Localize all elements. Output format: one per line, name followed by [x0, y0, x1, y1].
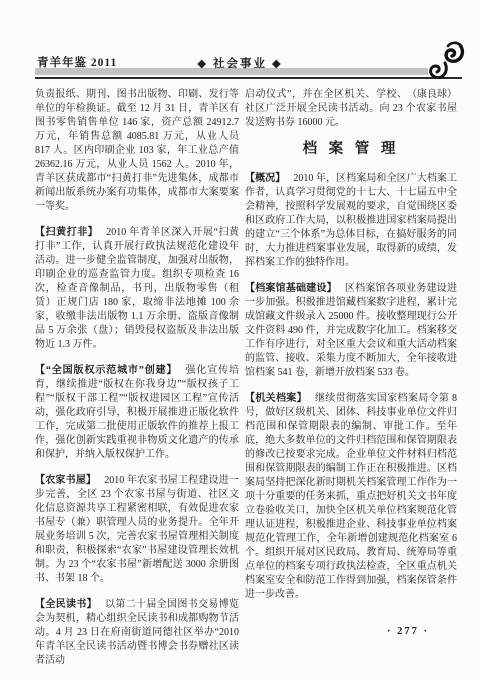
entry-archive-infrastructure: 【档案馆基础建设】区档案馆各项业务建设进一步加强。积极推进馆藏档案数字进程，累计… [245, 282, 457, 380]
entry-text: 继续贯彻落实国家档案局令第 8 号，做好区级机关、团体、科技事业单位文件归档范围… [245, 393, 457, 600]
entry-label: 【全民读书】 [35, 599, 97, 610]
entry-label: 【农家书屋】 [35, 475, 96, 486]
section-heading-archives: 档 案 管 理 [245, 142, 457, 156]
left-column: 负责报纸、期刊、图书出版物、印刷、发行等单位的年检换证。截至 12 月 31 日… [35, 88, 239, 668]
paragraph-text: 负责报纸、期刊、图书出版物、印刷、发行等单位的年检换证。截至 12 月 31 日… [35, 89, 239, 212]
paragraph-continuation-reading: （康良球） 启动仪式”，并在全区机关、学校、社区广泛开展全民读书活动。向 23 … [245, 88, 457, 130]
paragraph-continuation-press: 负责报纸、期刊、图书出版物、印刷、发行等单位的年检换证。截至 12 月 31 日… [35, 88, 239, 214]
entry-text: 2010 年，区档案局和全区广大档案工作者，认真学习贯彻党的十七大、十七届五中全… [245, 173, 457, 268]
page-number: · 277 · [245, 626, 457, 637]
entry-overview: 【概况】2010 年，区档案局和全区广大档案工作者，认真学习贯彻党的十七大、十七… [245, 172, 457, 270]
entry-label: 【档案馆基础建设】 [245, 283, 337, 294]
entry-text: 2010 年农家书屋工程建设进一步完善，全区 23 个农家书屋与街道、社区文化信… [35, 475, 239, 584]
entry-text: 区档案馆各项业务建设进一步加强。积极推进馆藏档案数字进程，累计完成馆藏文件级录入… [245, 283, 457, 378]
entry-label: 【扫黄打非】 [35, 227, 98, 238]
entry-label: 【概况】 [245, 173, 285, 184]
header-rule-line [35, 77, 462, 79]
author-signature: （康良球） [407, 88, 457, 102]
ram-swirl-icon [418, 40, 466, 84]
entry-text: 强化宣传培育，继续推进“版权在你我身边”“版权孩子工程”“版权干部工程”“版权进… [35, 365, 239, 460]
entry-sweep-pornography: 【扫黄打非】2010 年青羊区深入开展“扫黄打非”工作，认真开展行政执法规范化建… [35, 226, 239, 352]
entry-label: 【机关档案】 [245, 393, 307, 404]
entry-copyright-model-city: 【“全国版权示范城市”创建】强化宣传培育，继续推进“版权在你我身边”“版权孩子工… [35, 364, 239, 462]
entry-national-reading: 【全民读书】以第二十届全国图书交易博览会为契机，精心组织全民读书和成都购物节活动… [35, 598, 239, 668]
entry-label: 【“全国版权示范城市”创建】 [35, 365, 177, 376]
entry-farm-bookhouse: 【农家书屋】2010 年农家书屋工程建设进一步完善，全区 23 个农家书屋与街道… [35, 474, 239, 586]
entry-text: 2010 年青羊区深入开展“扫黄打非”工作，认真开展行政执法规范化建设年活动。进… [35, 227, 239, 350]
section-running-title: ◆ 社会事业 ◆ [35, 55, 445, 71]
right-column: （康良球） 启动仪式”，并在全区机关、学校、社区广泛开展全民读书活动。向 23 … [245, 88, 457, 602]
entry-agency-archives: 【机关档案】继续贯彻落实国家档案局令第 8 号，做好区级机关、团体、科技事业单位… [245, 392, 457, 602]
yearbook-scanned-page: 青羊年鉴 2011 ◆ 社会事业 ◆ 负责报纸、期刊、图书出版物、印刷、发行等单… [0, 0, 480, 680]
